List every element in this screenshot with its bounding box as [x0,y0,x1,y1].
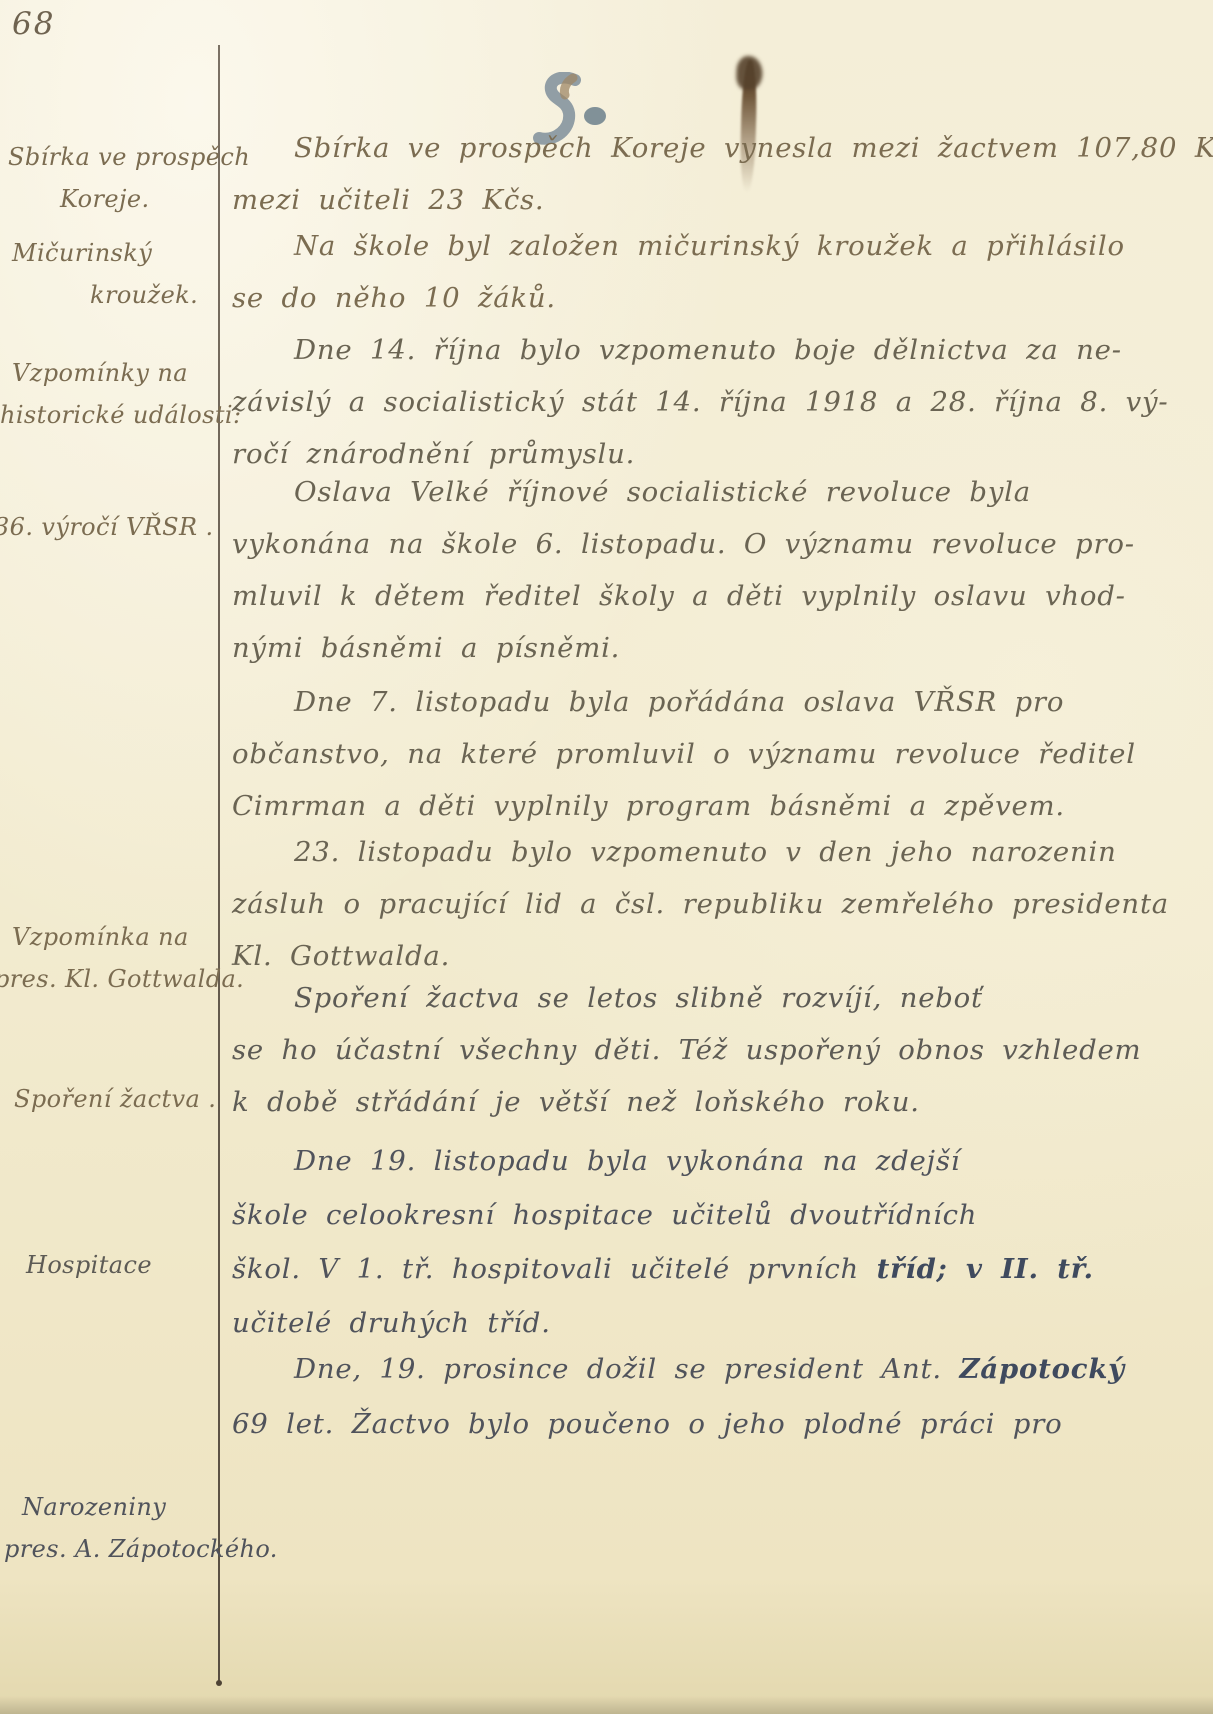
margin-note-line: pres. Kl. Gottwalda. [0,958,219,1000]
paragraph-vrsr-public-celebration: Dne 7. listopadu byla pořádána oslava VŘ… [232,676,1208,832]
paragraph-korea-collection: Sbírka ve prospěch Koreje vynesla mezi ž… [232,122,1208,226]
paragraph-michurin-club: Na škole byl založen mičurinský kroužek … [232,220,1208,324]
handwritten-line: Na škole byl založen mičurinský kroužek … [232,220,1208,272]
handwritten-line: vykonána na škole 6. listopadu. O význam… [232,518,1208,570]
margin-note-line: Sbírka ve prospěch [8,136,223,178]
paragraph-zapotocky-birthday: Dne, 19. prosince dožil se president Ant… [232,1342,1208,1452]
page-bottom-shadow [0,1696,1213,1714]
handwritten-line: Dne 19. listopadu byla vykonána na zdejš… [232,1134,1208,1188]
paragraph-october-anniversaries: Dne 14. října bylo vzpomenuto boje dělni… [232,324,1208,480]
margin-note-line: Mičurinský [12,232,227,274]
handwritten-line: škol. V 1. tř. hospitovali učitelé první… [232,1242,1208,1296]
handwritten-line: nými básněmi a písněmi. [232,622,1208,674]
overwritten-ink-segment: Zápotocký [959,1353,1125,1385]
handwritten-line: mezi učiteli 23 Kčs. [232,174,1208,226]
handwritten-line: 23. listopadu bylo vzpomenuto v den jeho… [232,826,1208,878]
handwritten-line: Oslava Velké říjnové socialistické revol… [232,466,1208,518]
margin-note-line: historické události: [0,394,215,436]
margin-note-historic-events: Vzpomínky na historické události: [0,352,215,436]
handwritten-line: Cimrman a děti vyplnily program básněmi … [232,780,1208,832]
handwritten-line: mluvil k dětem ředitel školy a děti vypl… [232,570,1208,622]
margin-note-line: Koreje. [8,178,223,220]
handwritten-line: Dne, 19. prosince dožil se president Ant… [232,1342,1208,1397]
paragraph-hospitace: Dne 19. listopadu byla vykonána na zdejš… [232,1134,1208,1350]
page-number: 68 [12,6,55,42]
handwritten-line: 69 let. Žactvo bylo poučeno o jeho plodn… [232,1397,1208,1452]
overwritten-ink-segment: tříd; v II. tř. [877,1253,1094,1285]
handwritten-line: Spoření žactva se letos slibně rozvíjí, … [232,972,1208,1024]
handwritten-line: se do něho 10 žáků. [232,272,1208,324]
handwritten-line: škole celookresní hospitace učitelů dvou… [232,1188,1208,1242]
margin-note-vrsr-anniversary: 36. výročí VŘSR . [0,506,209,548]
handwritten-line: k době střádání je větší než loňského ro… [232,1076,1208,1128]
handwritten-line: se ho účastní všechny děti. Též uspořený… [232,1024,1208,1076]
paragraph-vrsr-school-celebration: Oslava Velké říjnové socialistické revol… [232,466,1208,674]
paragraph-pupil-savings: Spoření žactva se letos slibně rozvíjí, … [232,972,1208,1128]
margin-note-hospitace: Hospitace [26,1244,241,1286]
margin-note-line: Vzpomínky na [0,352,215,394]
handwritten-line: občanstvo, na které promluvil o významu … [232,728,1208,780]
handwritten-line: závislý a socialistický stát 14. října 1… [232,376,1208,428]
margin-note-gottwald-memorial: Vzpomínka na pres. Kl. Gottwalda. [4,916,219,1000]
paragraph-gottwald-memorial: 23. listopadu bylo vzpomenuto v den jeho… [232,826,1208,982]
line-segment: škol. V 1. tř. hospitovali učitelé první… [232,1253,877,1285]
margin-note-michurin-club: Mičurinský kroužek. [12,232,227,316]
margin-note-zapotocky-birthday: Narozeniny pres. A. Zápotockého. [14,1486,229,1570]
margin-note-line: 36. výročí VŘSR . [0,506,209,548]
handwritten-line: zásluh o pracující lid a čsl. republiku … [232,878,1208,930]
margin-note-line: Spoření žactva . [14,1078,229,1120]
margin-note-line: Vzpomínka na [4,916,219,958]
handwritten-line: Sbírka ve prospěch Koreje vynesla mezi ž… [232,122,1208,174]
margin-note-line: kroužek. [12,274,227,316]
chronicle-page-scan: 68 Sbírka ve prospěch Koreje. Mičurinský… [0,0,1213,1714]
handwritten-line: Dne 14. října bylo vzpomenuto boje dělni… [232,324,1208,376]
margin-note-collection-korea: Sbírka ve prospěch Koreje. [8,136,223,220]
margin-note-line: Narozeniny [14,1486,229,1528]
margin-note-line: Hospitace [26,1244,241,1286]
margin-note-pupil-savings: Spoření žactva . [14,1078,229,1120]
margin-note-line: pres. A. Zápotockého. [4,1528,229,1570]
handwritten-line: Dne 7. listopadu byla pořádána oslava VŘ… [232,676,1208,728]
line-segment: Dne, 19. prosince dožil se president Ant… [294,1353,959,1385]
